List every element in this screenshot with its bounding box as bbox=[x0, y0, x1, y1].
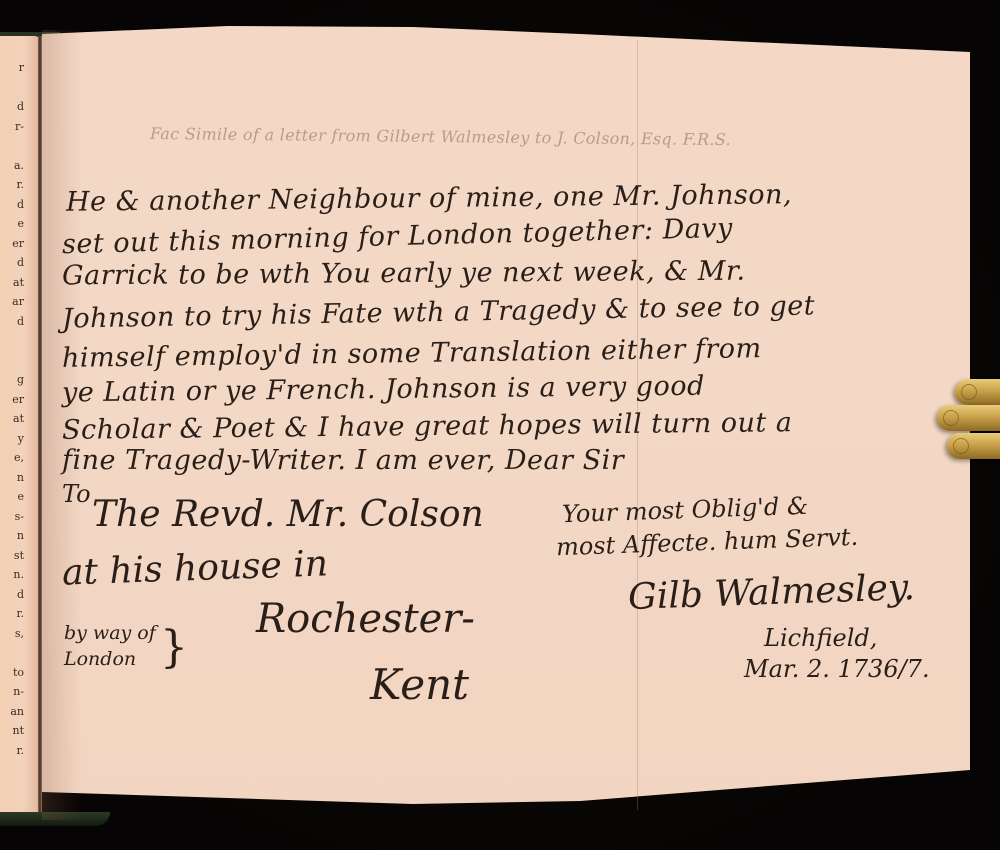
dateline-place: Lichfield, bbox=[764, 624, 877, 652]
dateline-date: Mar. 2. 1736/7. bbox=[744, 655, 930, 683]
address-county: Kent bbox=[370, 660, 469, 709]
address-routing-2: London bbox=[64, 648, 136, 670]
address-city: Rochester- bbox=[256, 596, 475, 642]
glove-finger-icon bbox=[937, 405, 1000, 431]
routing-brace: } bbox=[160, 622, 188, 673]
address-recipient: The Revd. Mr. Colson bbox=[92, 494, 484, 535]
address-to: To bbox=[62, 480, 91, 508]
book-gutter bbox=[38, 36, 42, 816]
glove-finger-icon bbox=[947, 433, 1000, 459]
book-binding-bottom bbox=[0, 812, 110, 826]
glove-finger-icon bbox=[955, 379, 1000, 405]
address-routing-1: by way of bbox=[64, 622, 156, 644]
letter-line-8: fine Tragedy-Writer. I am ever, Dear Sir bbox=[62, 445, 624, 476]
gloved-fingers bbox=[935, 375, 1000, 475]
left-page-text-fragments: r d r- a. r. d e er d at ar d g er at y … bbox=[2, 58, 24, 760]
letter-line-3: Garrick to be wth You early ye next week… bbox=[62, 256, 746, 292]
left-printed-page: r d r- a. r. d e er d at ar d g er at y … bbox=[0, 36, 42, 816]
